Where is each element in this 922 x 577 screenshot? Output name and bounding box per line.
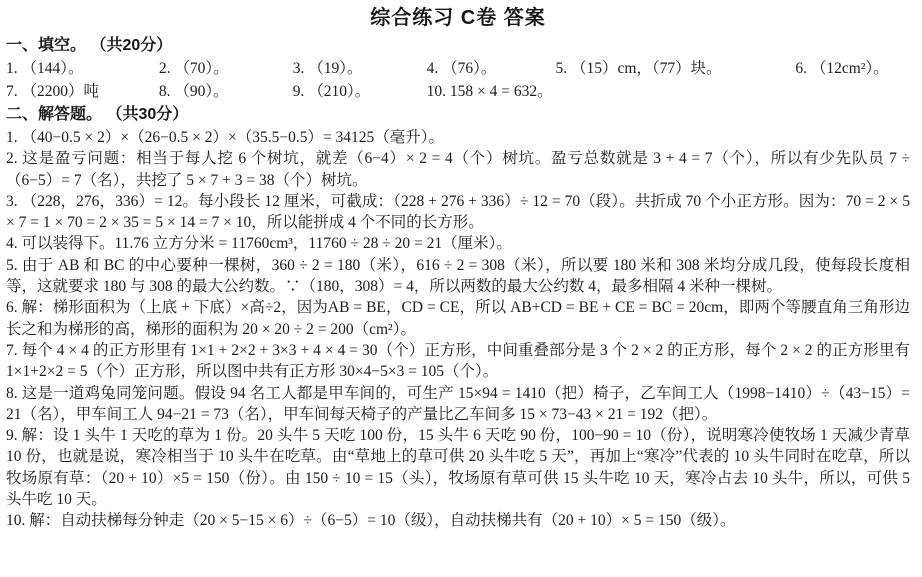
solution-2: 2. 这是盈亏问题：相当于每人挖 6 个树坑，就差（6−4）× 2 = 4（个）…	[6, 148, 910, 191]
fill-answer-3: 3. （19）。	[293, 58, 423, 81]
fill-answer-7: 7. （2200）吨	[6, 81, 155, 104]
fill-answer-4: 4. （76）。	[427, 58, 552, 81]
solution-8: 8. 这是一道鸡兔同笼问题。假设 94 名工人都是甲车间的，可生产 15×94 …	[6, 383, 910, 426]
fill-answer-9: 9. （210）。	[293, 81, 423, 104]
solution-1: 1. （40−0.5 × 2）×（26−0.5 × 2）×（35.5−0.5）=…	[6, 127, 910, 148]
fill-answer-6: 6. （12cm²）。	[795, 58, 888, 81]
fill-answers-row-2: 7. （2200）吨 8. （90）。 9. （210）。 10. 158 × …	[6, 81, 910, 104]
fill-answer-10: 10. 158 × 4 = 632。	[427, 81, 553, 104]
page-title: 综合练习 C卷 答案	[6, 6, 910, 30]
fill-answer-8: 8. （90）。	[159, 81, 289, 104]
solution-10: 10. 解：自动扶梯每分钟走（20 × 5−15 × 6）÷（6−5）= 10（…	[6, 510, 910, 531]
fill-answer-5: 5. （15）cm，（77）块。	[556, 58, 792, 81]
solution-6: 6. 解：梯形面积为（上底 + 下底）×高÷2，因为AB = BE，CD = C…	[6, 297, 910, 340]
solutions-block: 1. （40−0.5 × 2）×（26−0.5 × 2）×（35.5−0.5）=…	[6, 127, 910, 532]
section-fill-header: 一、填空。 （共20分）	[6, 35, 910, 57]
answer-sheet-page: 综合练习 C卷 答案 一、填空。 （共20分） 1. （144）。 2. （70…	[0, 0, 922, 577]
fill-answers-row-1: 1. （144）。 2. （70）。 3. （19）。 4. （76）。 5. …	[6, 58, 910, 81]
solution-9: 9. 解：设 1 头牛 1 天吃的草为 1 份。20 头牛 5 天吃 100 份…	[6, 425, 910, 510]
fill-answer-2: 2. （70）。	[159, 58, 289, 81]
section-solve-header: 二、解答题。 （共30分）	[6, 104, 910, 126]
solution-3: 3. （228，276，336）= 12。每小段长 12 厘米，可截成：（228…	[6, 191, 910, 234]
solution-4: 4. 可以装得下。11.76 立方分米 = 11760cm³，11760 ÷ 2…	[6, 233, 910, 254]
solution-5: 5. 由于 AB 和 BC 的中心要种一棵树，360 ÷ 2 = 180（米），…	[6, 255, 910, 298]
fill-answer-1: 1. （144）。	[6, 58, 155, 81]
solution-7: 7. 每个 4 × 4 的正方形里有 1×1 + 2×2 + 3×3 + 4 ×…	[6, 340, 910, 383]
